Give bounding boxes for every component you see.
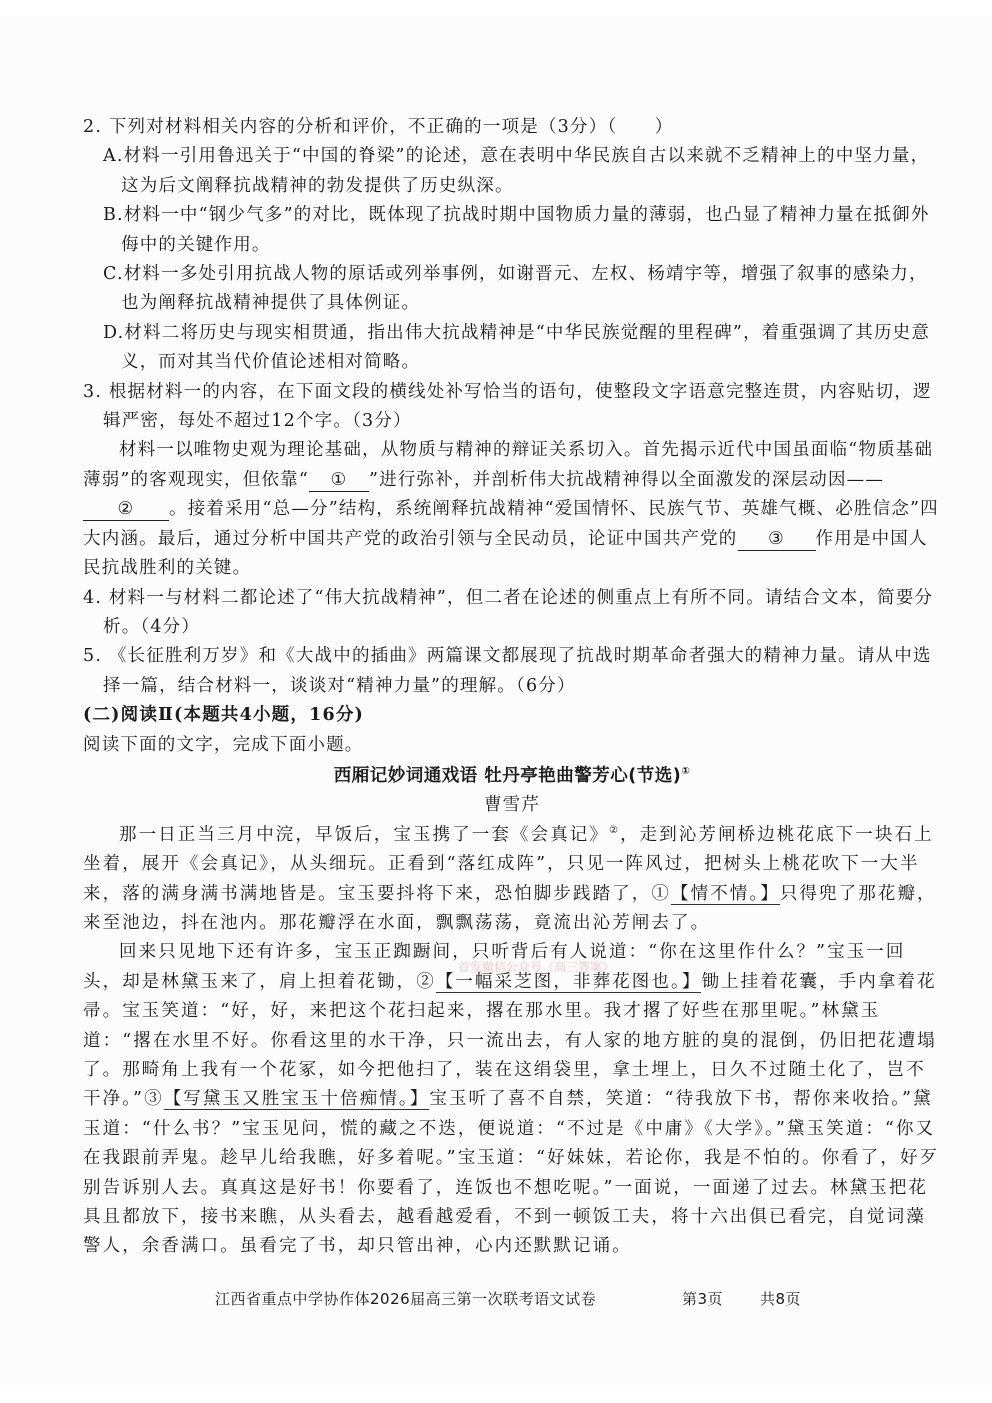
question-2-option-b: B.材料一中“钢少气多”的对比，既体现了抗战时期中国物质力量的薄弱，也凸显了精神… <box>83 201 941 260</box>
passage-title: 西厢记妙词通戏语 牡丹亭艳曲警芳心(节选)① <box>83 762 941 791</box>
fill-blank-1[interactable]: ① <box>309 469 369 492</box>
question-2-stem: 2. 下列对材料相关内容的分析和评价，不正确的一项是（3分）（ ） <box>83 113 941 142</box>
passage-paragraph-2: 回来只见地下还有许多，宝玉正踟蹰间，只听背后有人说道：“你在这里作什么？”宝玉一… <box>83 938 941 1261</box>
passage-paragraph-1: 那一日正当三月中浣，早饭后，宝玉携了一套《会真记》②，走到沁芳闸桥边桃花底下一块… <box>83 821 941 939</box>
section-heading: (二)阅读Ⅱ(本题共4小题，16分) <box>83 701 941 730</box>
fill-blank-3[interactable]: ③ <box>738 528 816 551</box>
fill-blank-2[interactable]: ② <box>83 498 169 521</box>
page-content: 2. 下列对材料相关内容的分析和评价，不正确的一项是（3分）（ ） A.材料一引… <box>83 113 941 1262</box>
question-3-passage: 材料一以唯物史观为理论基础，从物质与精神的辩证关系切入。首先揭示近代中国虽面临“… <box>83 436 941 583</box>
question-2-option-a: A.材料一引用鲁迅关于“中国的脊梁”的论述，意在表明中华民族自古以来就不乏精神上… <box>83 142 941 201</box>
question-4: 4. 材料一与材料二都论述了“伟大抗战精神”，但二者在论述的侧重点上有所不同。请… <box>83 584 941 643</box>
page-total: 共8页 <box>760 1288 801 1309</box>
passage-author: 曹雪芹 <box>83 791 941 820</box>
exam-name: 江西省重点中学协作体2026届高三第一次联考语文试卷 <box>215 1288 596 1309</box>
question-2-option-c: C.材料一多处引用抗战人物的原话或列举事例，如谢晋元、左权、杨靖宇等，增强了叙事… <box>83 260 941 319</box>
page-footer: 江西省重点中学协作体2026届高三第一次联考语文试卷 第3页 共8页 <box>215 1288 815 1309</box>
annotation-3: 【写黛玉又胜宝玉十倍痴情。】 <box>164 1089 430 1110</box>
annotation-2: 【一幅采芝图，非葬花图也。】 <box>436 972 702 993</box>
question-5: 5. 《长征胜利万岁》和《大战中的插曲》两篇课文都展现了抗战时期革命者强大的精神… <box>83 642 941 701</box>
annotation-1: 【情不情。】 <box>671 884 780 905</box>
question-2-option-d: D.材料二将历史与现实相贯通，指出伟大抗战精神是“中华民族觉醒的里程碑”，着重强… <box>83 319 941 378</box>
section-instruction: 阅读下面的文字，完成下面小题。 <box>83 731 941 760</box>
footnote-marker: ② <box>609 825 620 836</box>
page-number: 第3页 <box>682 1288 723 1309</box>
footnote-marker: ① <box>681 766 690 777</box>
question-3-stem: 3. 根据材料一的内容，在下面文段的横线处补写恰当的语句，使整段文字语意完整连贯… <box>83 378 941 437</box>
